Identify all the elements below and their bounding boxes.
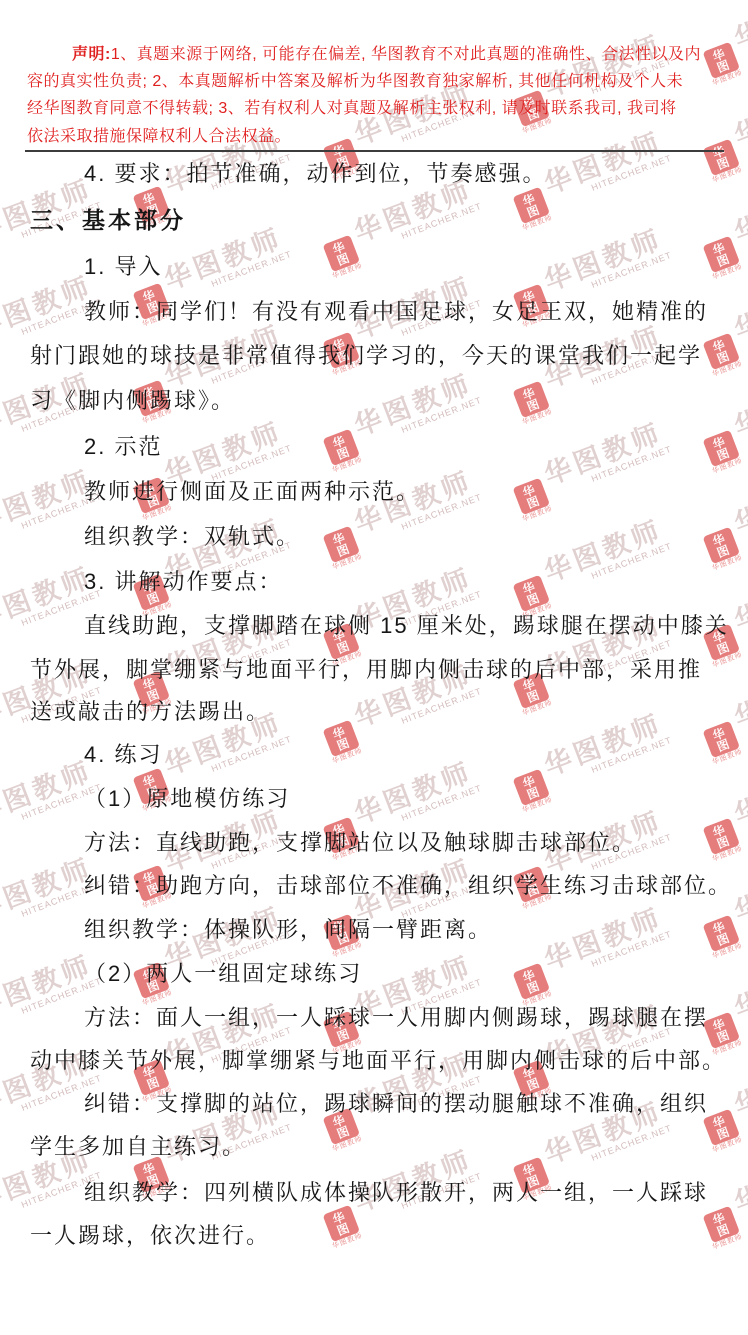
watermark-text: 华图教师 (730, 563, 748, 637)
logo-glyph-bottom: 图 (525, 785, 541, 801)
watermark: 华图华图教师华图教师HITEACHER.NET (696, 0, 748, 88)
watermark-subtext: HITEACHER.NET (590, 735, 673, 775)
logo-caption: 华图教师 (711, 166, 744, 185)
logo-glyph-top: 华 (711, 241, 727, 257)
logo-glyph-top: 华 (521, 1162, 537, 1178)
logo-caption: 华图教师 (711, 69, 744, 88)
logo-glyph-bottom: 图 (525, 494, 541, 510)
watermark-text: 华图教师 (540, 126, 670, 200)
disclaimer-line: 容的真实性负责; 2、本真题解析中答案及解析为华图教育独家解析, 其他任何机构及… (27, 72, 683, 92)
watermark-subtext: HITEACHER.NET (210, 249, 293, 289)
huatu-logo-square-icon: 华图 (702, 818, 739, 855)
logo-caption: 华图教师 (331, 456, 364, 475)
body-line: 节外展，脚掌绷紧与地面平行，用脚内侧击球的后中部，采用推 (30, 656, 702, 683)
body-line: 组织教学：体操队形，间隔一臂距离。 (84, 916, 492, 943)
watermark: 华图华图教师华图教师HITEACHER.NET (506, 902, 678, 1010)
logo-glyph-top: 华 (521, 774, 537, 790)
watermark: 华图华图教师华图教师HITEACHER.NET (316, 368, 488, 476)
body-line: 一人踢球，依次进行。 (30, 1222, 270, 1249)
watermark: 华图华图教师华图教师HITEACHER.NET (506, 320, 678, 428)
watermark: 华图华图教师华图教师HITEACHER.NET (126, 416, 298, 524)
logo-caption: 华图教师 (331, 1135, 364, 1154)
watermark-text-group: 华图教师HITEACHER.NET (730, 1145, 748, 1227)
logo-glyph-top: 华 (521, 192, 537, 208)
disclaimer-line: 依法采取措施保障权利人合法权益。 (27, 127, 291, 147)
watermark-text: 华图教师 (730, 466, 748, 540)
divider-line (25, 150, 724, 152)
watermark: 华图华图教师华图教师HITEACHER.NET (0, 852, 108, 960)
logo-glyph-bottom: 图 (715, 252, 731, 268)
logo-glyph-top: 华 (521, 483, 537, 499)
watermark: 华图华图教师华图教师HITEACHER.NET (696, 466, 748, 574)
logo-glyph-bottom: 图 (715, 58, 731, 74)
body-line: 教师：同学们！有没有观看中国足球，女足王双，她精准的 (84, 298, 708, 325)
huatu-logo-square-icon: 华图 (322, 720, 359, 757)
body-line: 3. 讲解动作要点： (84, 568, 282, 595)
logo-glyph-bottom: 图 (525, 203, 541, 219)
huatu-logo-icon: 华图华图教师 (321, 234, 364, 281)
logo-caption: 华图教师 (711, 360, 744, 379)
logo-glyph-bottom: 图 (335, 445, 351, 461)
watermark-subtext: HITEACHER.NET (400, 686, 483, 726)
disclaimer-line-text: 经华图教育同意不得转载; 3、若有权利人对真题及解析主张权利, 请及时联系我司,… (27, 100, 677, 117)
logo-caption: 华图教师 (521, 796, 554, 815)
logo-glyph-top: 华 (711, 144, 727, 160)
body-line: 习《脚内侧踢球》。 (30, 387, 235, 414)
logo-caption: 华图教师 (711, 651, 744, 670)
huatu-logo-icon: 华图华图教师 (701, 1205, 744, 1252)
huatu-logo-icon: 华图华图教师 (701, 914, 744, 961)
logo-caption: 华图教师 (331, 262, 364, 281)
watermark-text: 华图教师 (730, 1145, 748, 1219)
watermark-text: 华图教师 (540, 223, 670, 297)
watermark-text-group: 华图教师HITEACHER.NET (350, 756, 483, 838)
watermark: 华图华图教师华图教师HITEACHER.NET (696, 78, 748, 186)
logo-glyph-bottom: 图 (715, 1125, 731, 1141)
body-line: 教师进行侧面及正面两种示范。 (84, 478, 420, 505)
huatu-logo-square-icon: 华图 (702, 236, 739, 273)
logo-glyph-bottom: 图 (715, 640, 731, 656)
body-line: 4. 要求：拍节准确，动作到位，节奏感强。 (84, 160, 546, 187)
watermark-text: 华图教师 (730, 951, 748, 1025)
logo-glyph-bottom: 图 (525, 688, 541, 704)
logo-glyph-top: 华 (711, 823, 727, 839)
logo-glyph-top: 华 (331, 725, 347, 741)
body-line: 直线助跑，支撑脚踏在球侧 15 厘米处，踢球腿在摆动中膝关 (84, 612, 729, 639)
logo-glyph-top: 华 (711, 726, 727, 742)
logo-glyph-top: 华 (521, 580, 537, 596)
logo-caption: 华图教师 (521, 699, 554, 718)
logo-caption: 华图教师 (711, 845, 744, 864)
watermark-text: 华图教师 (730, 369, 748, 443)
logo-glyph-bottom: 图 (525, 979, 541, 995)
logo-glyph-bottom: 图 (715, 931, 731, 947)
logo-caption: 华图教师 (711, 1136, 744, 1155)
logo-glyph-bottom: 图 (335, 1124, 351, 1140)
watermark-subtext: HITEACHER.NET (400, 201, 483, 241)
huatu-logo-icon: 华图华图教师 (511, 962, 554, 1009)
body-line: 4. 练习 (84, 741, 162, 768)
body-line: 射门跟她的球技是非常值得我们学习的，今天的课堂我们一起学 (30, 342, 702, 369)
logo-glyph-bottom: 图 (715, 446, 731, 462)
body-line: 送或敲击的方法踢出。 (30, 698, 270, 725)
watermark-text: 华图教师 (350, 756, 480, 830)
logo-glyph-top: 华 (141, 1161, 157, 1177)
watermark: 华图华图教师华图教师HITEACHER.NET (316, 174, 488, 282)
huatu-logo-icon: 华图华图教师 (701, 526, 744, 573)
logo-glyph-top: 华 (711, 338, 727, 354)
watermark-subtext: HITEACHER.NET (400, 395, 483, 435)
logo-glyph-bottom: 图 (335, 542, 351, 558)
watermark-text-group: 华图教师HITEACHER.NET (730, 78, 748, 160)
huatu-logo-icon: 华图华图教师 (321, 719, 364, 766)
watermark-text-group: 华图教师HITEACHER.NET (730, 854, 748, 936)
logo-caption: 华图教师 (331, 553, 364, 572)
huatu-logo-icon: 华图华图教师 (701, 720, 744, 767)
watermark-text: 华图教师 (730, 175, 748, 249)
watermark-text: 华图教师 (540, 708, 670, 782)
watermark-text: 华图教师 (540, 514, 670, 588)
logo-glyph-top: 华 (711, 1017, 727, 1033)
watermark: 华图华图教师华图教师HITEACHER.NET (316, 853, 488, 961)
body-line: 2. 示范 (84, 433, 162, 460)
logo-caption: 华图教师 (521, 505, 554, 524)
logo-glyph-top: 华 (331, 434, 347, 450)
logo-glyph-top: 华 (711, 920, 727, 936)
huatu-logo-icon: 华图华图教师 (321, 428, 364, 475)
huatu-logo-square-icon: 华图 (512, 575, 549, 612)
huatu-logo-icon: 华图华图教师 (701, 235, 744, 282)
huatu-logo-square-icon: 华图 (322, 1205, 359, 1242)
document-page: 华图华图教师华图教师HITEACHER.NET华图华图教师华图教师HITEACH… (0, 0, 748, 1335)
logo-glyph-top: 华 (331, 1210, 347, 1226)
huatu-logo-icon: 华图华图教师 (701, 138, 744, 185)
watermark-text-group: 华图教师HITEACHER.NET (730, 660, 748, 742)
logo-glyph-top: 华 (331, 531, 347, 547)
huatu-logo-square-icon: 华图 (322, 235, 359, 272)
logo-glyph-bottom: 图 (335, 1221, 351, 1237)
section-heading: 三、基本部分 (30, 207, 186, 234)
watermark-text-group: 华图教师HITEACHER.NET (730, 951, 748, 1033)
huatu-logo-square-icon: 华图 (702, 721, 739, 758)
body-line: （2）两人一组固定球练习 (84, 960, 362, 987)
watermark: 华图华图教师华图教师HITEACHER.NET (696, 757, 748, 865)
huatu-logo-square-icon: 华图 (512, 963, 549, 1000)
watermark-subtext: HITEACHER.NET (590, 1123, 673, 1163)
watermark-text-group: 华图教师HITEACHER.NET (540, 126, 673, 208)
watermark-subtext: HITEACHER.NET (590, 444, 673, 484)
logo-glyph-bottom: 图 (335, 251, 351, 267)
logo-glyph-bottom: 图 (715, 834, 731, 850)
logo-caption: 华图教师 (521, 214, 554, 233)
logo-caption: 华图教师 (521, 117, 554, 136)
huatu-logo-icon: 华图华图教师 (511, 186, 554, 233)
watermark-subtext: HITEACHER.NET (400, 783, 483, 823)
watermark-text: 华图教师 (730, 78, 748, 152)
huatu-logo-square-icon: 华图 (512, 187, 549, 224)
logo-glyph-top: 华 (521, 968, 537, 984)
disclaimer-line: 经华图教育同意不得转载; 3、若有权利人对真题及解析主张权利, 请及时联系我司,… (27, 99, 677, 119)
logo-caption: 华图教师 (331, 1232, 364, 1251)
huatu-logo-square-icon: 华图 (702, 527, 739, 564)
logo-glyph-top: 华 (331, 240, 347, 256)
watermark-text-group: 华图教师HITEACHER.NET (730, 369, 748, 451)
watermark-text-group: 华图教师HITEACHER.NET (540, 902, 673, 984)
logo-caption: 华图教师 (711, 457, 744, 476)
huatu-logo-square-icon: 华图 (702, 1206, 739, 1243)
huatu-logo-square-icon: 华图 (702, 42, 739, 79)
watermark-text-group: 华图教师HITEACHER.NET (350, 368, 483, 450)
watermark-subtext: HITEACHER.NET (590, 153, 673, 193)
body-line: 方法：直线助跑，支撑脚站位以及触球脚击球部位。 (84, 829, 636, 856)
watermark-text-group: 华图教师HITEACHER.NET (540, 417, 673, 499)
huatu-logo-square-icon: 华图 (512, 381, 549, 418)
logo-caption: 华图教师 (711, 942, 744, 961)
watermark: 华图华图教师华图教师HITEACHER.NET (696, 175, 748, 283)
huatu-logo-icon: 华图华图教师 (701, 429, 744, 476)
watermark-text: 华图教师 (540, 902, 670, 976)
body-line: 动中膝关节外展，脚掌绷紧与地面平行，用脚内侧击球的后中部。 (30, 1047, 726, 1074)
watermark-subtext: HITEACHER.NET (210, 734, 293, 774)
body-line: 组织教学：双轨式。 (84, 523, 300, 550)
logo-glyph-top: 华 (711, 1114, 727, 1130)
huatu-logo-icon: 华图华图教师 (511, 477, 554, 524)
disclaimer-line-text: 依法采取措施保障权利人合法权益。 (27, 128, 291, 145)
logo-glyph-bottom: 图 (335, 736, 351, 752)
watermark-subtext: HITEACHER.NET (590, 250, 673, 290)
watermark: 华图华图教师华图教师HITEACHER.NET (696, 854, 748, 962)
watermark-text-group: 华图教师HITEACHER.NET (730, 1048, 748, 1130)
huatu-logo-icon: 华图华图教师 (321, 1204, 364, 1251)
watermark: 华图华图教师华图教师HITEACHER.NET (506, 417, 678, 525)
logo-caption: 华图教师 (331, 747, 364, 766)
disclaimer-label: 声明: (72, 46, 111, 63)
logo-glyph-top: 华 (711, 532, 727, 548)
watermark: 华图华图教师华图教师HITEACHER.NET (506, 708, 678, 816)
disclaimer-line-text: 容的真实性负责; 2、本真题解析中答案及解析为华图教育独家解析, 其他任何机构及… (27, 73, 683, 90)
logo-glyph-bottom: 图 (525, 397, 541, 413)
huatu-logo-icon: 华图华图教师 (511, 380, 554, 427)
logo-glyph-bottom: 图 (335, 639, 351, 655)
watermark: 华图华图教师华图教师HITEACHER.NET (506, 514, 678, 622)
watermark-text: 华图教师 (730, 272, 748, 346)
logo-caption: 华图教师 (711, 748, 744, 767)
logo-glyph-top: 华 (711, 1211, 727, 1227)
logo-caption: 华图教师 (711, 554, 744, 573)
body-line: 组织教学：四列横队成体操队形散开，两人一组，一人踩球 (84, 1179, 708, 1206)
watermark-text-group: 华图教师HITEACHER.NET (730, 175, 748, 257)
logo-glyph-bottom: 图 (715, 543, 731, 559)
watermark-text-group: 华图教师HITEACHER.NET (540, 708, 673, 790)
watermark-text: 华图教师 (730, 660, 748, 734)
logo-glyph-bottom: 图 (715, 349, 731, 365)
logo-glyph-top: 华 (711, 435, 727, 451)
huatu-logo-square-icon: 华图 (322, 526, 359, 563)
body-line: （1）原地模仿练习 (84, 785, 290, 812)
logo-glyph-top: 华 (141, 191, 157, 207)
body-line: 纠错：助跑方向，击球部位不准确，组织学生练习击球部位。 (84, 872, 732, 899)
body-line: 学生多加自主练习。 (30, 1133, 246, 1160)
watermark-text: 华图教师 (730, 854, 748, 928)
logo-glyph-bottom: 图 (145, 1075, 161, 1091)
watermark-text-group: 华图教师HITEACHER.NET (730, 757, 748, 839)
watermark-text-group: 华图教师HITEACHER.NET (160, 222, 293, 304)
huatu-logo-square-icon: 华图 (322, 429, 359, 466)
watermark: 华图华图教师华图教师HITEACHER.NET (696, 272, 748, 380)
logo-glyph-bottom: 图 (715, 155, 731, 171)
watermark: 华图华图教师华图教师HITEACHER.NET (696, 660, 748, 768)
logo-caption: 华图教师 (521, 408, 554, 427)
watermark-text-group: 华图教师HITEACHER.NET (540, 223, 673, 305)
logo-caption: 华图教师 (711, 263, 744, 282)
watermark-text-group: 华图教师HITEACHER.NET (730, 0, 748, 63)
watermark-text: 华图教师 (730, 1048, 748, 1122)
watermark-subtext: HITEACHER.NET (590, 541, 673, 581)
watermark-text-group: 华图教师HITEACHER.NET (730, 563, 748, 645)
watermark-text: 华图教师 (730, 757, 748, 831)
huatu-logo-square-icon: 华图 (702, 915, 739, 952)
body-line: 1. 导入 (84, 253, 162, 280)
huatu-logo-square-icon: 华图 (512, 769, 549, 806)
huatu-logo-icon: 华图华图教师 (511, 768, 554, 815)
huatu-logo-icon: 华图华图教师 (321, 525, 364, 572)
watermark: 华图华图教师华图教师HITEACHER.NET (696, 369, 748, 477)
logo-glyph-bottom: 图 (715, 1028, 731, 1044)
logo-glyph-top: 华 (711, 47, 727, 63)
logo-glyph-bottom: 图 (715, 1222, 731, 1238)
watermark-subtext: HITEACHER.NET (590, 929, 673, 969)
body-line: 方法：面人一组，一人踩球一人用脚内侧踢球，踢球腿在摆 (84, 1004, 708, 1031)
disclaimer-line-text: 1、真题来源于网络, 可能存在偏差, 华图教育不对此真题的准确性、合法性以及内 (111, 46, 701, 63)
logo-caption: 华图教师 (711, 1233, 744, 1252)
watermark-text: 华图教师 (540, 417, 670, 491)
logo-glyph-bottom: 图 (525, 591, 541, 607)
disclaimer-line: 声明:1、真题来源于网络, 可能存在偏差, 华图教育不对此真题的准确性、合法性以… (72, 45, 701, 65)
watermark-text: 华图教师 (730, 0, 748, 54)
logo-caption: 华图教师 (141, 504, 174, 523)
huatu-logo-square-icon: 华图 (702, 333, 739, 370)
watermark-text-group: 华图教师HITEACHER.NET (540, 514, 673, 596)
body-line: 纠错：支撑脚的站位，踢球瞬间的摆动腿触球不准确，组织 (84, 1090, 708, 1117)
huatu-logo-square-icon: 华图 (512, 478, 549, 515)
huatu-logo-icon: 华图华图教师 (701, 817, 744, 864)
watermark-text-group: 华图教师HITEACHER.NET (730, 466, 748, 548)
logo-glyph-top: 华 (521, 386, 537, 402)
watermark-subtext: HITEACHER.NET (210, 443, 293, 483)
huatu-logo-icon: 华图华图教师 (701, 332, 744, 379)
watermark-text: 华图教师 (350, 368, 480, 442)
watermark-text-group: 华图教师HITEACHER.NET (730, 272, 748, 354)
huatu-logo-square-icon: 华图 (702, 430, 739, 467)
huatu-logo-square-icon: 华图 (702, 139, 739, 176)
huatu-logo-icon: 华图华图教师 (701, 41, 744, 88)
logo-caption: 华图教师 (331, 941, 364, 960)
logo-glyph-bottom: 图 (715, 737, 731, 753)
